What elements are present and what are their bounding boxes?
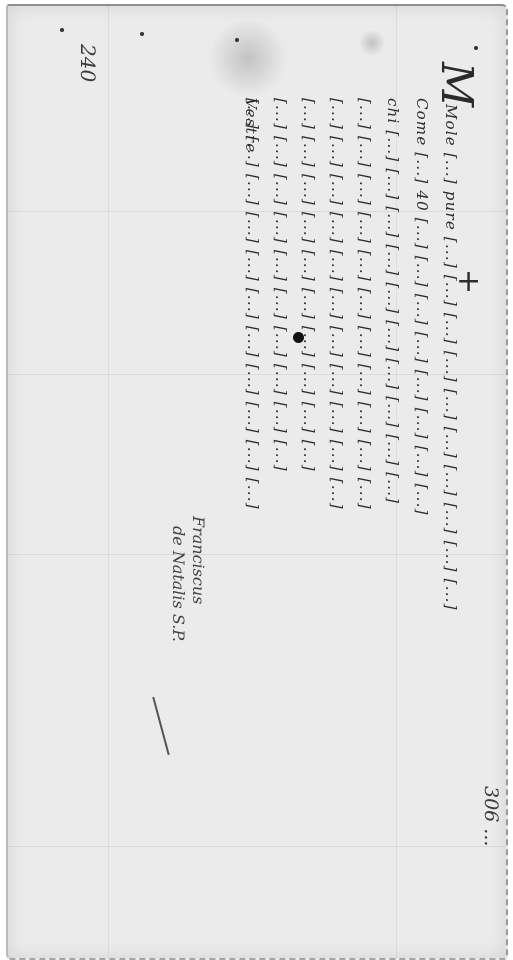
text-line: Come [...] 40 [...] [...] [...] [...] [.… bbox=[413, 98, 431, 516]
text-line: [...] [...] [...] [...] [...] [...] [...… bbox=[272, 98, 290, 472]
signature-line-2: de Natalis S.P. bbox=[169, 526, 188, 642]
text-line: [...] [...] [...] [...] [...] [...] [...… bbox=[356, 98, 374, 510]
fold-line bbox=[108, 6, 109, 958]
manuscript-page: 240 M + Mole [...] pure [...] [...] [...… bbox=[6, 4, 508, 960]
folio-note: 306 ... bbox=[480, 786, 502, 846]
stain bbox=[208, 18, 288, 98]
fold-line bbox=[8, 554, 506, 555]
signature-line-1: Franciscus bbox=[189, 516, 208, 604]
pen-stroke bbox=[152, 697, 169, 755]
ink-dot bbox=[235, 38, 239, 42]
fold-line bbox=[8, 846, 506, 847]
text-line: chi [...] [...] [...] [...] [...] [...] … bbox=[384, 98, 402, 504]
text-line: [...] [...] [...] [...] [...] [...] [...… bbox=[300, 98, 318, 472]
ink-dot bbox=[474, 46, 478, 50]
text-line: [...] [...] [...] [...] [...] [...] [...… bbox=[244, 98, 262, 510]
decorated-initial: M bbox=[431, 62, 482, 107]
text-line: [...] [...] [...] [...] [...] [...] [...… bbox=[328, 98, 346, 510]
address-word: Vestre bbox=[242, 98, 260, 153]
stain bbox=[360, 28, 384, 58]
margin-number: 240 bbox=[76, 44, 100, 82]
ink-dot bbox=[140, 32, 144, 36]
ink-dot bbox=[60, 28, 64, 32]
text-line: Mole [...] pure [...] [...] [...] [...] … bbox=[442, 104, 460, 611]
